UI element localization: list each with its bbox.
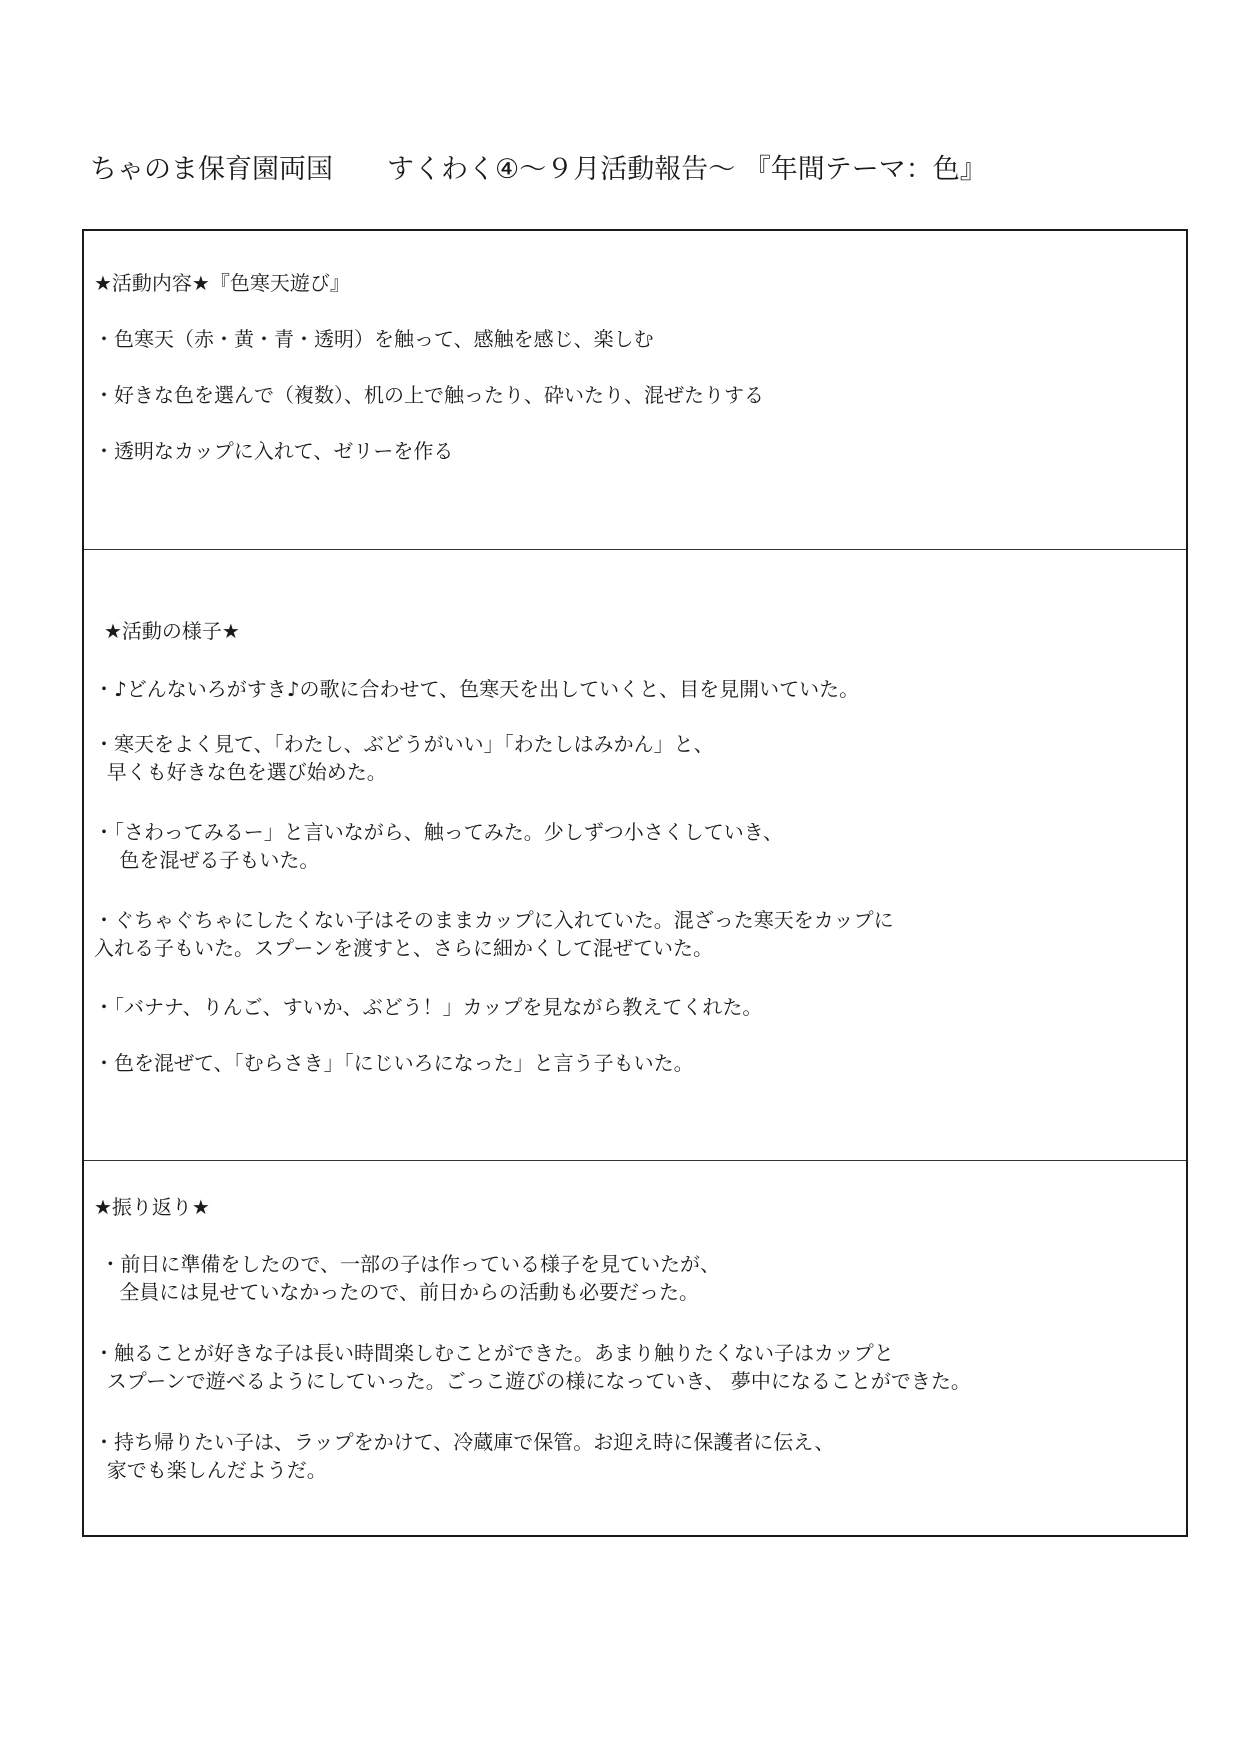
section-reflection: ★振り返り★ ・前日に準備をしたので、一部の子は作っている様子を見ていたが、 全… <box>84 1161 1186 1535</box>
list-item: ・前日に準備をしたので、一部の子は作っている様子を見ていたが、 全員には見せてい… <box>94 1250 720 1306</box>
section-heading-activity-content: ★活動内容★『色寒天遊び』 <box>94 269 350 297</box>
list-item: ・寒天をよく見て、「わたし、ぶどうがいい」「わたしはみかん」と、 早くも好きな色… <box>94 730 714 786</box>
list-item: ・♪どんないろがすき♪の歌に合わせて、色寒天を出していくと、目を見開いていた。 <box>94 675 859 703</box>
list-item: ・「バナナ、りんご、すいか、ぶどう！」カップを見ながら教えてくれた。 <box>94 993 762 1021</box>
list-item: ・好きな色を選んで（複数）、机の上で触ったり、砕いたり、混ぜたりする <box>94 381 764 409</box>
list-item: ・持ち帰りたい子は、ラップをかけて、冷蔵庫で保管。お迎え時に保護者に伝え、 家で… <box>94 1428 834 1484</box>
list-item: ・色を混ぜて、「むらさき」「にじいろになった」と言う子もいた。 <box>94 1049 694 1077</box>
section-activity-content: ★活動内容★『色寒天遊び』 ・色寒天（赤・黄・青・透明）を触って、感触を感じ、楽… <box>84 231 1186 550</box>
list-item: ・「さわってみるー」と言いながら、触ってみた。少しずつ小さくしていき、 色を混ぜ… <box>94 818 783 874</box>
list-item: ・ぐちゃぐちゃにしたくない子はそのままカップに入れていた。混ざった寒天をカップに… <box>94 906 894 962</box>
page-title: ちゃのま保育園両国 すくわく④～９月活動報告～ 『年間テーマ：色』 <box>90 150 987 190</box>
section-activity-state: ★活動の様子★ ・♪どんないろがすき♪の歌に合わせて、色寒天を出していくと、目を… <box>84 550 1186 1161</box>
list-item: ・透明なカップに入れて、ゼリーを作る <box>94 437 453 465</box>
report-table: ★活動内容★『色寒天遊び』 ・色寒天（赤・黄・青・透明）を触って、感触を感じ、楽… <box>82 229 1188 1537</box>
section-heading-activity-state: ★活動の様子★ <box>104 617 240 645</box>
list-item: ・色寒天（赤・黄・青・透明）を触って、感触を感じ、楽しむ <box>94 325 654 353</box>
list-item: ・触ることが好きな子は長い時間楽しむことができた。あまり触りたくない子はカップと… <box>94 1339 971 1395</box>
section-heading-reflection: ★振り返り★ <box>94 1193 210 1221</box>
